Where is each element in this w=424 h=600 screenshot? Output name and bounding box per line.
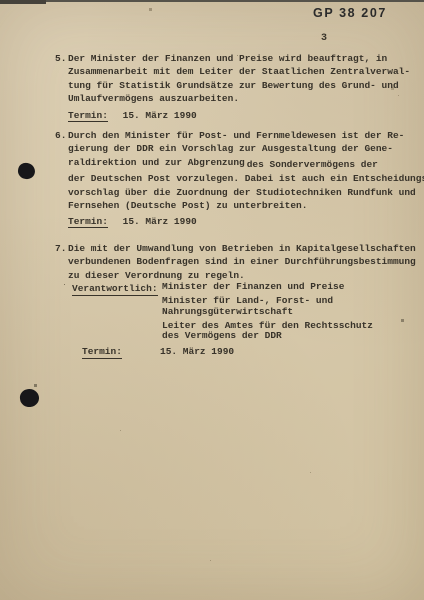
paragraph-5: 5. Der Minister der Finanzen und Preise … [55, 52, 417, 122]
text-line: Fernsehen (Deutsche Post) zu unterbreite… [68, 199, 417, 212]
document-body: 5. Der Minister der Finanzen und Preise … [0, 0, 424, 600]
termin-label: Termin: [68, 216, 108, 228]
text-line: Die mit der Umwandlung von Betrieben in … [68, 242, 417, 255]
responsible-list: Minister der Finanzen und Preise Ministe… [162, 282, 373, 342]
paragraph-7: 7. Die mit der Umwandlung von Betrieben … [55, 242, 417, 282]
text-line: tung für Statistik Grundsätze zur Bewert… [68, 79, 417, 92]
termin-date: 15. März 1990 [160, 345, 234, 358]
text-line: Nahrungsgüterwirtschaft [162, 307, 373, 318]
item-number: 5. [55, 52, 66, 65]
text-line: vorschlag über die Zuordnung der Studiot… [68, 186, 417, 199]
text-line: Zusammenarbeit mit dem Leiter der Staatl… [68, 65, 417, 78]
text-line-part: raldirektion und zur Abgrenzung [68, 157, 245, 168]
responsible-entry: Minister für Land-, Forst- und Nahrungsg… [162, 296, 373, 317]
responsible-entry: Minister der Finanzen und Preise [162, 282, 373, 293]
termin-label: Termin: [82, 345, 122, 359]
item-number: 6. [55, 129, 66, 142]
verantwortlich-label: Verantwortlich: [72, 282, 158, 296]
document-page: GP 38 207 3 5. Der Minister der Finanzen… [0, 0, 424, 600]
termin-date: 15. März 1990 [123, 216, 197, 227]
text-line: Der Minister der Finanzen und Preise wir… [68, 52, 417, 65]
text-line: gierung der DDR ein Vorschlag zur Ausges… [68, 142, 417, 155]
termin-row: Termin: 15. März 1990 [68, 215, 417, 228]
termin-date: 15. März 1990 [123, 110, 197, 121]
termin-row: Termin: 15. März 1990 [68, 109, 417, 122]
text-line: Minister der Finanzen und Preise [162, 282, 373, 293]
paragraph-6: 6. Durch den Minister für Post- und Fern… [55, 129, 417, 229]
text-line: Durch den Minister für Post- und Fernmel… [68, 129, 417, 142]
item-number: 7. [55, 242, 66, 255]
text-line: raldirektion und zur Abgrenzungdes Sonde… [68, 156, 417, 169]
typed-insertion: des Sondervermögens der [247, 159, 378, 170]
responsible-entry: Leiter des Amtes für den Rechtsschutz de… [162, 321, 373, 342]
text-line: des Vermögens der DDR [162, 331, 373, 342]
text-line: der Deutschen Post vorzulegen. Dabei ist… [68, 172, 417, 185]
termin-label: Termin: [68, 110, 108, 122]
text-line: Minister für Land-, Forst- und [162, 296, 373, 307]
text-line: Umlaufvermögens auszuarbeiten. [68, 92, 417, 105]
text-line: verbundenen Bodenfragen sind in einer Du… [68, 255, 417, 268]
